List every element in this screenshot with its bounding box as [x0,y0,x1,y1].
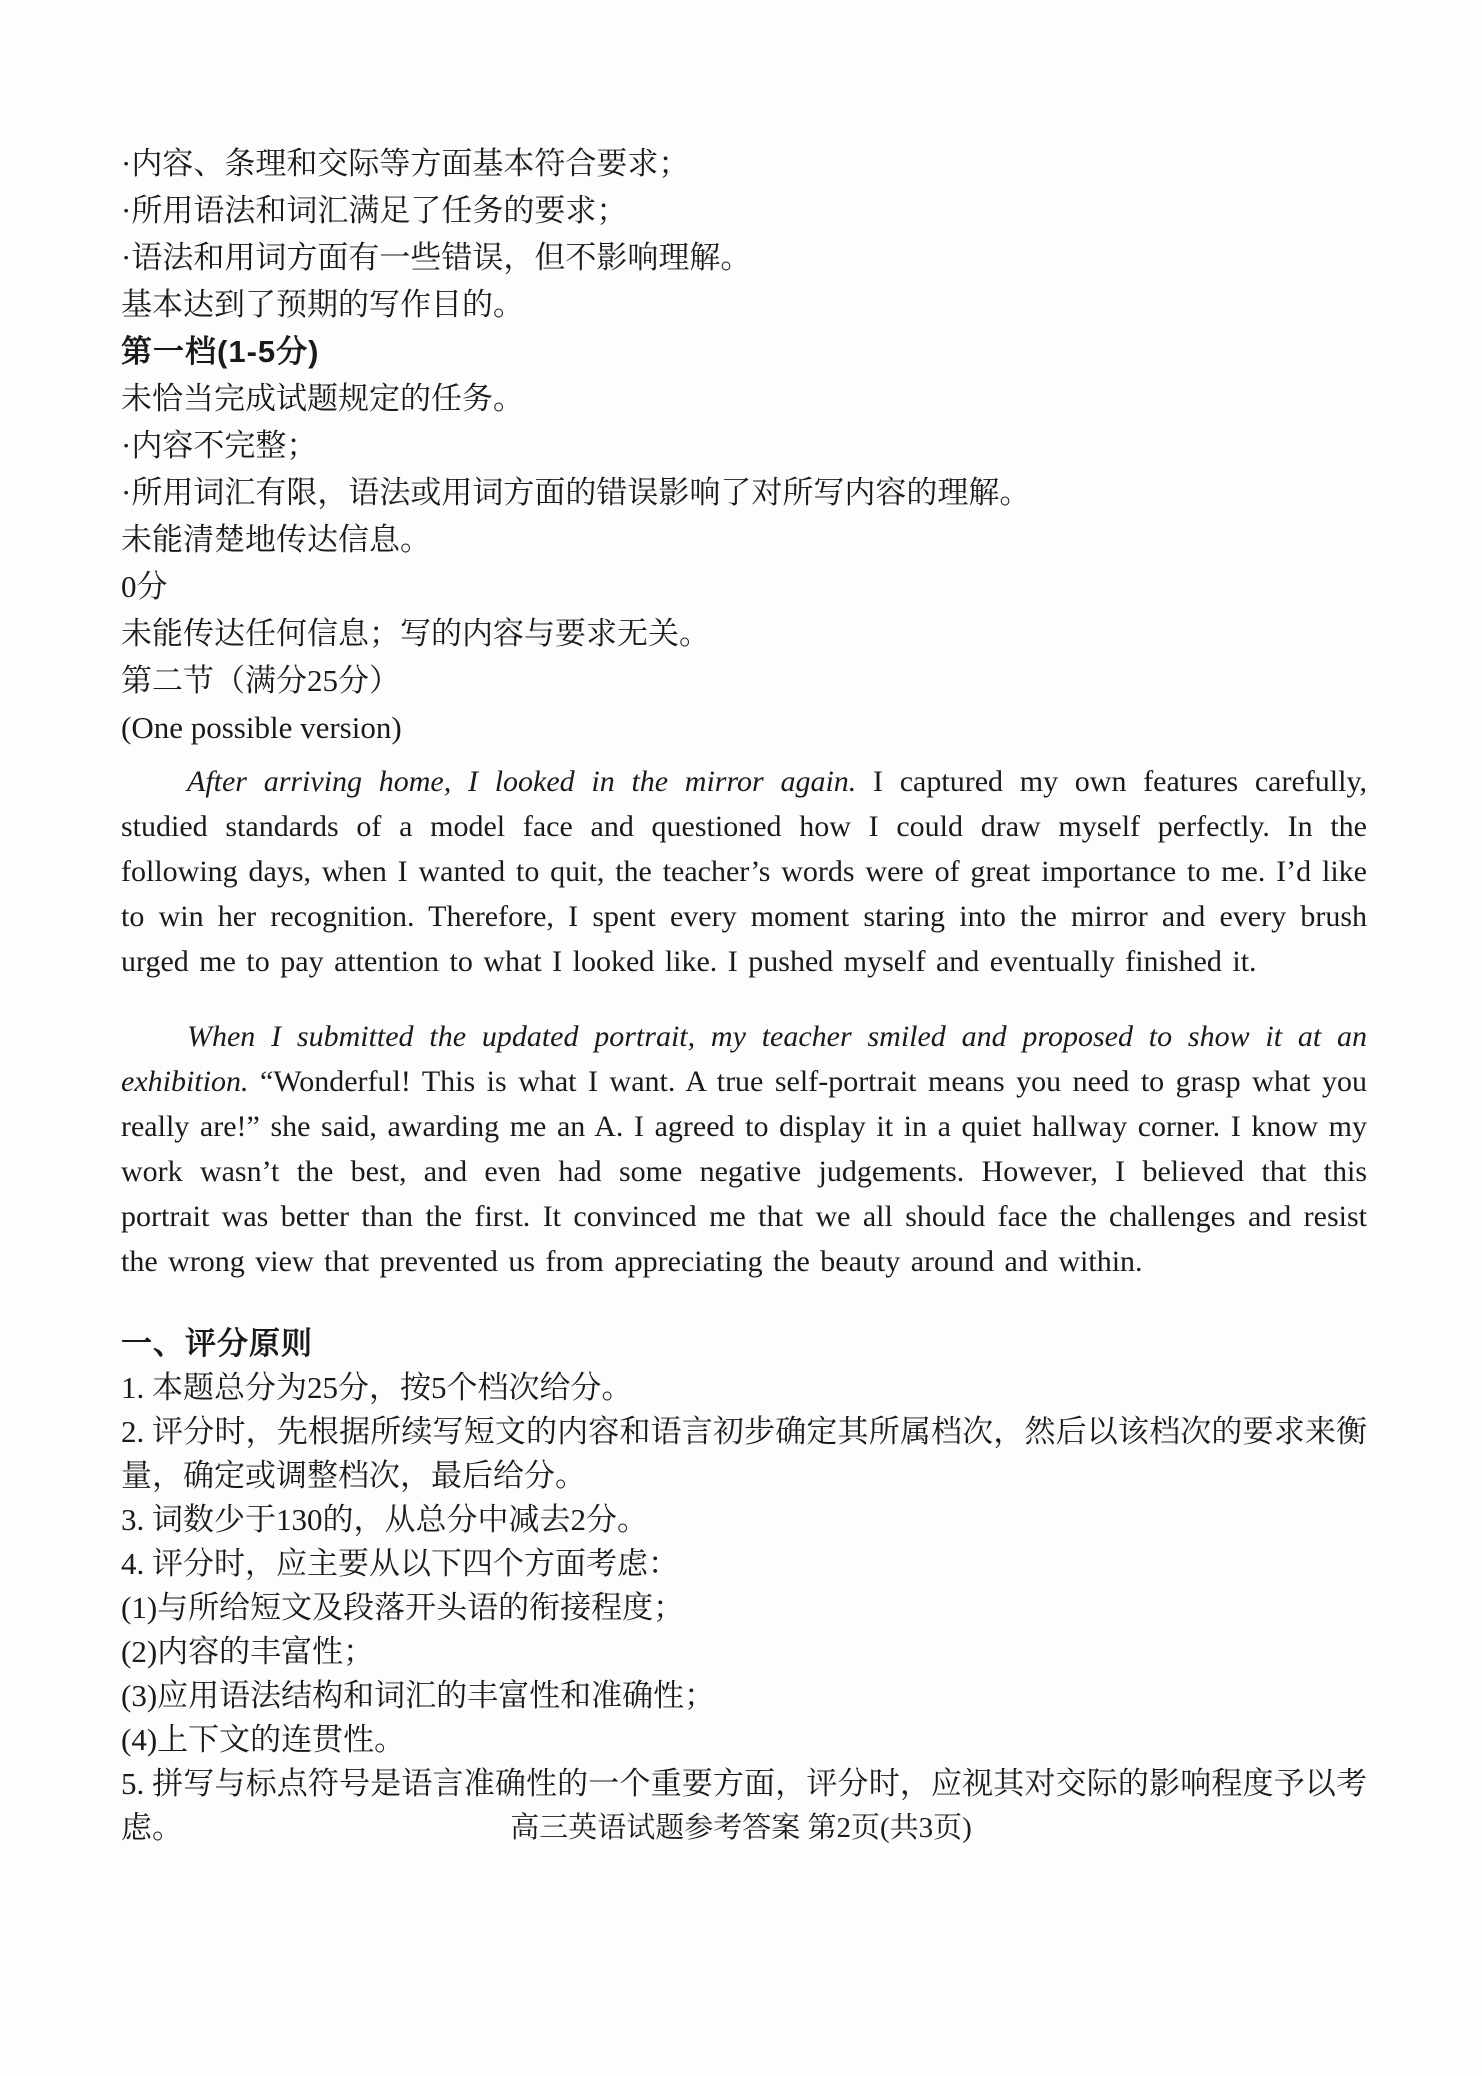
version-label: (One possible version) [121,704,1367,751]
principles-item-4: 4. 评分时，应主要从以下四个方面考虑： [121,1542,1367,1586]
principles-heading: 一、评分原则 [121,1322,1367,1366]
zero-score-line: 未能传达任何信息；写的内容与要求无关。 [121,610,1367,657]
essay-paragraph-1-lead: After arriving home, I looked in the mir… [187,765,856,798]
tier1-line: ·所用词汇有限，语法或用词方面的错误影响了对所写内容的理解。 [121,469,1367,516]
criteria-bullet-line: ·语法和用词方面有一些错误，但不影响理解。 [121,234,1367,281]
essay-paragraph-2: When I submitted the updated portrait, m… [121,1014,1367,1284]
document-body: ·内容、条理和交际等方面基本符合要求； ·所用语法和词汇满足了任务的要求； ·语… [121,140,1367,1850]
tier1-line: ·内容不完整； [121,422,1367,469]
tier1-line: 未恰当完成试题规定的任务。 [121,375,1367,422]
section2-heading: 第二节（满分25分） [121,657,1367,704]
principles-item-3: 3. 词数少于130的，从总分中减去2分。 [121,1498,1367,1542]
page-footer: 高三英语试题参考答案 第2页(共3页) [0,1806,1482,1850]
principles-item-2: 2. 评分时，先根据所续写短文的内容和语言初步确定其所属档次，然后以该档次的要求… [121,1410,1367,1498]
criteria-bullet-line: ·所用语法和词汇满足了任务的要求； [121,187,1367,234]
zero-score-heading: 0分 [121,563,1367,610]
scoring-principles-section: 一、评分原则 1. 本题总分为25分，按5个档次给分。 2. 评分时，先根据所续… [121,1322,1367,1850]
principles-subitem-2: (2)内容的丰富性； [121,1630,1367,1674]
criteria-bullet-line: ·内容、条理和交际等方面基本符合要求； [121,140,1367,187]
principles-subitem-4: (4)上下文的连贯性。 [121,1718,1367,1762]
principles-item-1: 1. 本题总分为25分，按5个档次给分。 [121,1366,1367,1410]
principles-subitem-1: (1)与所给短文及段落开头语的衔接程度； [121,1586,1367,1630]
criteria-summary-line: 基本达到了预期的写作目的。 [121,281,1367,328]
principles-subitem-3: (3)应用语法结构和词汇的丰富性和准确性； [121,1674,1367,1718]
tier1-heading: 第一档(1-5分) [121,328,1367,375]
tier1-line: 未能清楚地传达信息。 [121,516,1367,563]
essay-paragraph-2-body: “Wonderful! This is what I want. A true … [121,1065,1367,1278]
essay-paragraph-1: After arriving home, I looked in the mir… [121,759,1367,984]
scanned-answer-key-page: ·内容、条理和交际等方面基本符合要求； ·所用语法和词汇满足了任务的要求； ·语… [0,0,1482,2076]
